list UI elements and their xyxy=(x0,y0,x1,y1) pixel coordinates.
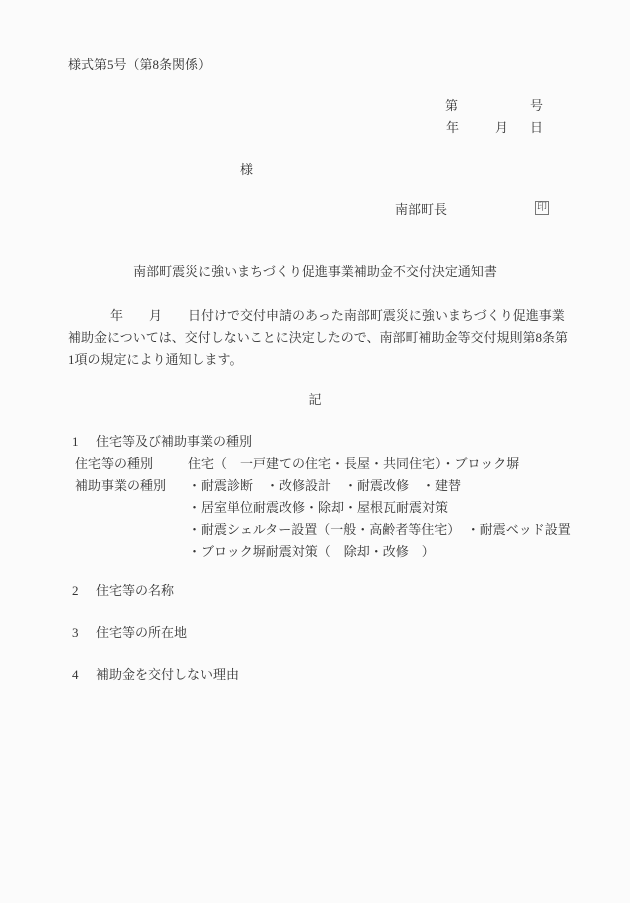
ref-number-suffix: 号 xyxy=(530,98,543,113)
document-page: 様式第5号（第8条関係） 第 号 年 月 日 様 南部町長 印 南部町震災に強い… xyxy=(0,0,630,903)
section-2-number: 2 xyxy=(72,583,79,598)
section-3-number: 3 xyxy=(72,625,79,640)
housing-type-value: 住宅（ 一戸建ての住宅・長屋・共同住宅）・ブロック塀 xyxy=(188,456,519,471)
project-type-label: 補助事業の種別 xyxy=(75,478,166,493)
section-1-number: 1 xyxy=(72,434,79,449)
date-month-label: 月 xyxy=(495,120,508,135)
housing-type-label: 住宅等の種別 xyxy=(75,456,153,471)
addressee-honorific: 様 xyxy=(240,162,253,177)
section-4-number: 4 xyxy=(72,667,79,682)
form-number-label: 様式第5号（第8条関係） xyxy=(68,57,211,72)
project-type-line-1: ・耐震診断 ・改修設計 ・耐震改修 ・建替 xyxy=(188,478,461,493)
date-day-label: 日 xyxy=(530,120,543,135)
list-marker: 記 xyxy=(0,392,630,407)
document-title: 南部町震災に強いまちづくり促進事業補助金不交付決定通知書 xyxy=(0,264,630,279)
ref-number-prefix: 第 xyxy=(445,98,458,113)
project-type-line-4: ・ブロック塀耐震対策（ 除却・改修 ） xyxy=(188,544,435,559)
section-4-title: 補助金を交付しない理由 xyxy=(96,667,239,682)
body-line-2: 補助金については、交付しないことに決定したので、南部町補助金等交付規則第8条第 xyxy=(68,330,568,345)
seal-placeholder: 印 xyxy=(535,201,549,215)
body-line-3: 1項の規定により通知します。 xyxy=(68,352,242,367)
sender-title: 南部町長 xyxy=(395,202,447,217)
date-year-label: 年 xyxy=(446,120,459,135)
section-1-title: 住宅等及び補助事業の種別 xyxy=(96,434,252,449)
section-3-title: 住宅等の所在地 xyxy=(96,625,187,640)
project-type-line-2: ・居室単位耐震改修・除却・屋根瓦耐震対策 xyxy=(188,500,448,515)
section-2-title: 住宅等の名称 xyxy=(96,583,174,598)
body-line-1: 年 月 日付けで交付申請のあった南部町震災に強いまちづくり促進事業 xyxy=(110,308,565,323)
project-type-line-3: ・耐震シェルター設置（一般・高齢者等住宅） ・耐震ベッド設置 xyxy=(188,522,571,537)
